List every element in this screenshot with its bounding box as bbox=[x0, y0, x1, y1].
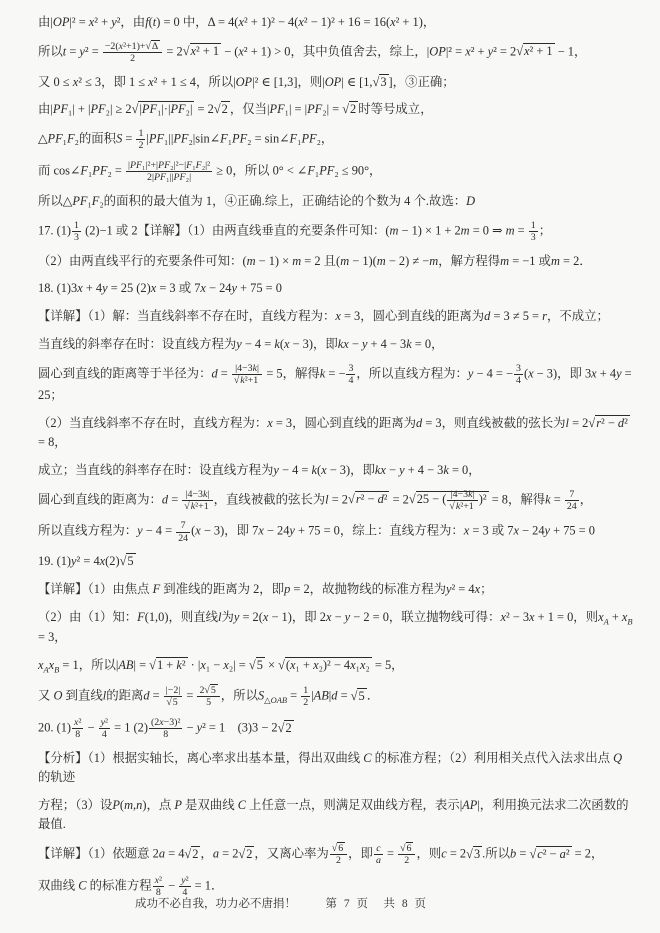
fraction: x²8 bbox=[72, 717, 83, 740]
document-page: 由|OP|² = x² + y²，由f(t) = 0 中，Δ = 4(x² + … bbox=[0, 0, 660, 933]
sqrt-expression: √3 bbox=[466, 847, 482, 861]
text-line: xAxB = 1，所以|AB| = √1 + k² · |x₁ − x₂| = … bbox=[38, 656, 636, 677]
sqrt-expression: √5 bbox=[204, 685, 217, 696]
text-line: 【详解】（1）由焦点 F 到准线的距离为 2，即p = 2，故抛物线的标准方程为… bbox=[38, 580, 636, 599]
fraction: 34 bbox=[514, 363, 523, 386]
fraction: 12 bbox=[301, 685, 310, 708]
fraction: |4−3k|√k²+1 bbox=[232, 363, 262, 386]
sqrt-expression: √2 bbox=[214, 102, 230, 116]
text-line: 【详解】（1）依题意 2a = 4√2，a = 2√2，又离心率为√62，即ca… bbox=[38, 843, 636, 866]
text-line: （2）由（1）知：F(1,0)，则直线l为y = 2(x − 1)，即 2x −… bbox=[38, 608, 636, 648]
footer-motto: 成功不必自我，功力必不唐捐！ bbox=[135, 895, 296, 911]
text-line: （2）当直线斜率不存在时，直线方程为：x = 3，圆心到直线的距离为d = 3，… bbox=[38, 414, 636, 452]
sqrt-expression: √k²+1 bbox=[184, 501, 210, 512]
text-line: 【详解】（1）解：当直线斜率不存在时，直线方程为：x = 3，圆心到直线的距离为… bbox=[38, 307, 636, 326]
text-line: 19. (1)y² = 4x(2)√5 bbox=[38, 552, 636, 571]
sqrt-expression: √x² + 1 bbox=[183, 44, 221, 58]
sqrt-expression: √k²+1 bbox=[234, 375, 260, 386]
fraction: |−2|√5 bbox=[164, 685, 183, 708]
fraction: 724 bbox=[176, 520, 190, 543]
text-line: 所以△PF₁F₂的面积的最大值为 1，④正确.综上，正确结论的个数为 4 个.故… bbox=[38, 192, 636, 211]
fraction: √62 bbox=[330, 843, 347, 866]
text-line: 20. (1)x²8 − y²4 = 1 (2)(2x−3)²8 − y² = … bbox=[38, 717, 636, 740]
fraction: 2√55 bbox=[197, 685, 219, 708]
sqrt-expression: √(x₁ + x₂)² − 4x₁x₂ bbox=[278, 658, 372, 672]
sqrt-expression: √Δ bbox=[145, 41, 160, 52]
text-line: 而 cos∠F₁PF₂ = |PF₁|²+|PF₂|²−|F₁F₂|²2|PF₁… bbox=[38, 160, 636, 183]
text-line: 又 O 到直线l的距离d = |−2|√5 = 2√55，所以S△OAB = 1… bbox=[38, 685, 636, 708]
fraction: |4−3k|√k²+1 bbox=[447, 489, 477, 512]
text-line: 方程；（3）设P(m,n)，点 P 是双曲线 C 上任意一点，则满足双曲线方程，… bbox=[38, 796, 636, 834]
sqrt-expression: √|PF₁|·|PF₂| bbox=[132, 102, 195, 116]
sqrt-expression: √3 bbox=[373, 75, 389, 89]
fraction: |PF₁|²+|PF₂|²−|F₁F₂|²2|PF₁||PF₂| bbox=[126, 160, 212, 183]
footer-page-info: 第 7 页 共 8 页 bbox=[326, 895, 429, 911]
text-line: （2）由两直线平行的充要条件可知：(m − 1) × m = 2 且(m − 1… bbox=[38, 252, 636, 271]
sqrt-expression: √2 bbox=[278, 721, 294, 735]
text-line: 成立；当直线的斜率存在时：设直线方程为y − 4 = k(x − 3)，即kx … bbox=[38, 461, 636, 480]
fraction: √62 bbox=[398, 843, 415, 866]
sqrt-expression: √5 bbox=[166, 697, 179, 708]
fraction: (2x−3)²8 bbox=[149, 717, 182, 740]
fraction: 34 bbox=[346, 363, 355, 386]
sqrt-expression: √r² − d² bbox=[348, 492, 389, 506]
fraction: 13 bbox=[72, 220, 81, 243]
fraction: 13 bbox=[529, 220, 538, 243]
fraction: y²4 bbox=[99, 717, 110, 740]
sqrt-expression: √5 bbox=[351, 689, 367, 703]
solution-text-body: 由|OP|² = x² + y²，由f(t) = 0 中，Δ = 4(x² + … bbox=[38, 13, 636, 907]
fraction: ca bbox=[374, 843, 383, 866]
sqrt-expression: √5 bbox=[249, 658, 265, 672]
page-footer: 成功不必自我，功力必不唐捐！ 第 7 页 共 8 页 bbox=[0, 895, 660, 911]
text-line: 当直线的斜率存在时：设直线方程为y − 4 = k(x − 3)，即kx − y… bbox=[38, 335, 636, 354]
text-line: △PF₁F₂的面积S = 12|PF₁||PF₂|sin∠F₁PF₂ = sin… bbox=[38, 128, 636, 151]
sqrt-expression: √25 − (|4−3k|√k²+1)² bbox=[409, 492, 489, 506]
text-line: 由|PF₁| + |PF₂| ≥ 2√|PF₁|·|PF₂| = 2√2，仅当|… bbox=[38, 100, 636, 119]
sqrt-expression: √k²+1 bbox=[449, 501, 475, 512]
text-line: 又 0 ≤ x² ≤ 3，即 1 ≤ x² + 1 ≤ 4，所以|OP|² ∈ … bbox=[38, 73, 636, 92]
fraction: |4−3k|√k²+1 bbox=[182, 489, 212, 512]
fraction: 724 bbox=[565, 489, 579, 512]
sqrt-expression: √c² − a² bbox=[529, 847, 571, 861]
text-line: 所以直线方程为：y − 4 = 724(x − 3)，即 7x − 24y + … bbox=[38, 520, 636, 543]
text-line: 所以t = y² = −2(x²+1)+√Δ2 = 2√x² + 1 − (x²… bbox=[38, 41, 636, 64]
sqrt-expression: √2 bbox=[238, 847, 254, 861]
text-line: 圆心到直线的距离等于半径为：d = |4−3k|√k²+1 = 5，解得k = … bbox=[38, 363, 636, 405]
sqrt-expression: √6 bbox=[400, 843, 413, 854]
sqrt-expression: √r² − d² bbox=[588, 416, 629, 430]
sqrt-expression: √6 bbox=[332, 843, 345, 854]
text-line: 【分析】（1）根据实轴长，离心率求出基本量，得出双曲线 C 的标准方程；（2）利… bbox=[38, 749, 636, 787]
text-line: 17. (1)13 (2)−1 或 2【详解】（1）由两直线垂直的充要条件可知：… bbox=[38, 220, 636, 243]
fraction: 12 bbox=[136, 128, 145, 151]
text-line: 圆心到直线的距离为：d = |4−3k|√k²+1，直线被截的弦长为l = 2√… bbox=[38, 489, 636, 512]
fraction: −2(x²+1)+√Δ2 bbox=[103, 41, 162, 64]
sqrt-expression: √x² + 1 bbox=[516, 44, 554, 58]
text-line: 由|OP|² = x² + y²，由f(t) = 0 中，Δ = 4(x² + … bbox=[38, 13, 636, 32]
sqrt-expression: √2 bbox=[342, 102, 358, 116]
sqrt-expression: √5 bbox=[120, 554, 136, 568]
sqrt-expression: √1 + k² bbox=[149, 658, 187, 672]
text-line: 18. (1)3x + 4y = 25 (2)x = 3 或 7x − 24y … bbox=[38, 279, 636, 298]
sqrt-expression: √2 bbox=[184, 847, 200, 861]
